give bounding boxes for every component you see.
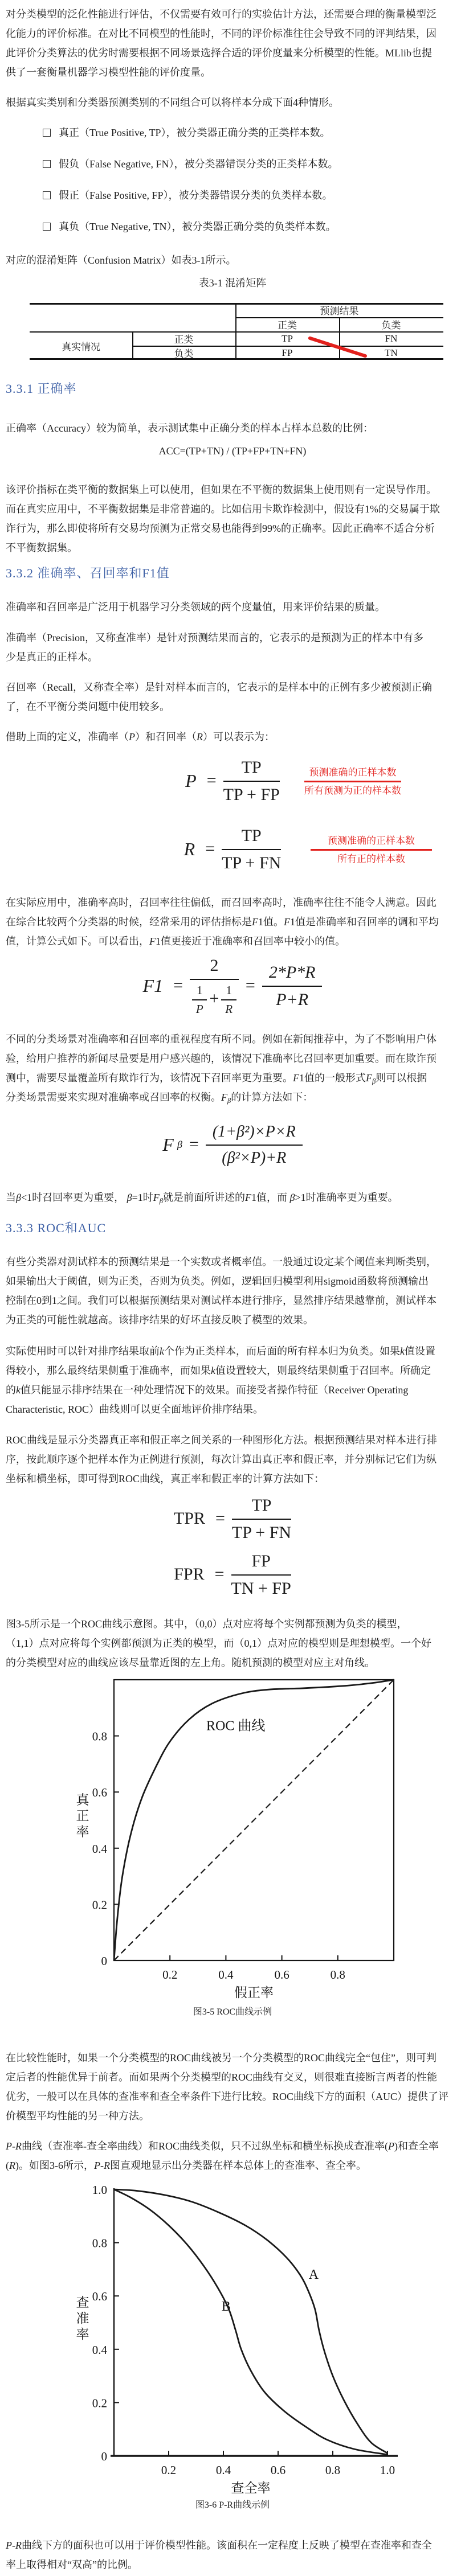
red-note-recall: 预测准确的正样本数 所有正的样本数 bbox=[311, 835, 432, 865]
figure-caption-pr: 图3-6 P-R曲线示例 bbox=[0, 2497, 465, 2511]
svg-text:0: 0 bbox=[101, 2450, 108, 2463]
svg-text:ROC 曲线: ROC 曲线 bbox=[206, 1718, 265, 1734]
svg-text:0: 0 bbox=[101, 1954, 108, 1968]
bullet-text: 真负（True Negative, TN），被分类器正确分类的负类样本数。 bbox=[59, 221, 336, 232]
bullet-text: 真正（True Positive, TP），被分类器正确分类的正类样本数。 bbox=[59, 127, 331, 138]
svg-text:0.2: 0.2 bbox=[162, 1968, 177, 1982]
table-col-negative: 负类 bbox=[339, 317, 443, 331]
cell-fn: FN bbox=[339, 331, 443, 346]
svg-text:0.6: 0.6 bbox=[271, 2463, 285, 2477]
svg-text:0.2: 0.2 bbox=[92, 2396, 107, 2410]
section-heading-332: 3.3.2 准确率、召回率和F1值 bbox=[6, 564, 170, 581]
svg-text:假正率: 假正率 bbox=[234, 1986, 274, 2000]
paragraph-roc-def: ROC曲线是显示分类器真正率和假正率之间关系的一种图形化方法。根据预测结果对样本… bbox=[6, 1430, 462, 1488]
svg-text:查全率: 查全率 bbox=[231, 2481, 271, 2495]
formula-lhs: P bbox=[185, 770, 197, 791]
svg-text:0.4: 0.4 bbox=[92, 2343, 108, 2357]
svg-text:0.6: 0.6 bbox=[92, 2290, 107, 2303]
paragraph-confusion-matrix: 对应的混淆矩阵（Confusion Matrix）如表3-1所示。 bbox=[6, 251, 462, 270]
confusion-matrix-table: 预测结果 正类 负类 真实情况 正类 TP FN 负类 FP TN bbox=[30, 303, 443, 360]
svg-text:0.6: 0.6 bbox=[92, 1786, 107, 1799]
pr-curve-figure: 0.20.40.60.81.01.00.80.60.40.20查全率查准率AB bbox=[51, 2178, 416, 2514]
table-row-header: 真实情况 bbox=[30, 331, 132, 360]
paragraph-pr-formula-intro: 借助上面的定义，准确率（P）和召回率（R）可以表示为： bbox=[6, 727, 462, 746]
document-page: 对分类模型的泛化性能进行评估，不仅需要有效可行的实验估计方法，还需要合理的衡量模… bbox=[0, 0, 465, 2576]
svg-text:准: 准 bbox=[76, 2311, 89, 2325]
section-heading-331: 3.3.1 正确率 bbox=[6, 379, 77, 397]
section-heading-333: 3.3.3 ROC和AUC bbox=[6, 1219, 106, 1236]
svg-text:正: 正 bbox=[76, 1809, 89, 1823]
formula-fpr: FPR = FPTN + FP bbox=[0, 1549, 465, 1600]
paragraph-precision-def: 准确率（Precision，又称查准率）是针对预测结果而言的，它表示的是预测为正… bbox=[6, 628, 462, 667]
svg-text:0.2: 0.2 bbox=[161, 2463, 176, 2477]
svg-text:0.8: 0.8 bbox=[325, 2463, 340, 2477]
svg-text:率: 率 bbox=[76, 2327, 89, 2341]
svg-text:B: B bbox=[222, 2299, 231, 2314]
formula-f1: F1 = 21P+1R = 2*P*RP+R bbox=[0, 954, 465, 1018]
svg-text:0.8: 0.8 bbox=[331, 1968, 345, 1982]
bullet-text: 假正（False Positive, FP），被分类器错误分类的负类样本数。 bbox=[59, 190, 333, 201]
paragraph-pr-area: P-R曲线下方的面积也可以用于评价模型性能。该面积在一定程度上反映了模型在查准率… bbox=[6, 2536, 462, 2574]
svg-text:0.4: 0.4 bbox=[216, 2463, 231, 2477]
paragraph-recall-def: 召回率（Recall，又称查全率）是针对样本而言的，它表示的是样本中的正例有多少… bbox=[6, 678, 462, 716]
svg-text:真: 真 bbox=[76, 1793, 90, 1807]
paragraph-scenario: 不同的分类场景对准确率和召回率的重视程度有所不同。例如在新闻推荐中，为了不影响用… bbox=[6, 1029, 462, 1107]
table-col-positive: 正类 bbox=[235, 317, 339, 331]
paragraph-imbalance: 该评价指标在类平衡的数据集上可以使用，但如果在不平衡的数据集上使用则有一定误导作… bbox=[6, 480, 462, 557]
formula-acc: ACC=(TP+TN) / (TP+FP+TN+FN) bbox=[0, 445, 465, 457]
list-item-tp: 真正（True Positive, TP），被分类器正确分类的正类样本数。 bbox=[43, 126, 331, 140]
figure-caption-roc: 图3-5 ROC曲线示例 bbox=[0, 2004, 465, 2017]
paragraph-four-cases: 根据真实类别和分类器预测类别的不同组合可以将样本分成下面4种情形。 bbox=[6, 93, 462, 112]
paragraph-accuracy: 正确率（Accuracy）较为简单，表示测试集中正确分类的样本占样本总数的比例： bbox=[6, 419, 462, 438]
paragraph-pr-intro: 准确率和召回率是广泛用于机器学习分类领域的两个度量值，用来评价结果的质量。 bbox=[6, 597, 462, 617]
svg-text:查: 查 bbox=[76, 2295, 89, 2310]
svg-text:1.0: 1.0 bbox=[92, 2183, 107, 2197]
paragraph-topk: 实际使用时可以针对排序结果取前k个作为正类样本，而后面的所有样本归为负类。如果k… bbox=[6, 1342, 462, 1419]
paragraph-pr-curve: P-R曲线（查准率-查全率曲线）和ROC曲线类似，只不过纵坐标和横坐标换成查准率… bbox=[6, 2136, 462, 2175]
svg-text:率: 率 bbox=[76, 1825, 89, 1839]
list-item-fn: 假负（False Negative, FN），被分类器错误分类的正类样本数。 bbox=[43, 157, 338, 171]
paragraph-roc-compare: 在比较性能时，如果一个分类模型的ROC曲线被另一个分类模型的ROC曲线完全“包住… bbox=[6, 2048, 462, 2126]
formula-lhs: R bbox=[184, 839, 195, 860]
svg-text:0.4: 0.4 bbox=[92, 1842, 108, 1856]
roc-curve-figure: 0.20.40.60.80.80.60.40.20假正率真正率ROC 曲线 bbox=[51, 1668, 416, 2004]
formula-fbeta: Fβ = (1+β²)×P×R(β²×P)+R bbox=[0, 1117, 465, 1172]
svg-text:0.8: 0.8 bbox=[92, 2237, 107, 2250]
svg-text:0.2: 0.2 bbox=[92, 1898, 107, 1912]
table-caption: 表3-1 混淆矩阵 bbox=[0, 275, 465, 290]
paragraph-f1-intro: 在实际应用中，准确率高时，召回率往往偏低，而召回率高时，准确率往往不能令人满意。… bbox=[6, 893, 462, 951]
paragraph-threshold: 有些分类器对测试样本的预测结果是一个实数或者概率值。一般通过设定某个阈值来判断类… bbox=[6, 1252, 462, 1330]
red-note-precision: 预测准确的正样本数 所有预测为正的样本数 bbox=[304, 766, 401, 797]
svg-text:0.8: 0.8 bbox=[92, 1730, 107, 1744]
square-bullet-icon bbox=[43, 191, 51, 199]
formula-tpr: TPR = TPTP + FN bbox=[0, 1493, 465, 1544]
svg-text:0.4: 0.4 bbox=[218, 1968, 234, 1982]
paragraph-intro: 对分类模型的泛化性能进行评估，不仅需要有效可行的实验估计方法，还需要合理的衡量模… bbox=[6, 5, 462, 82]
cell-fp: FP bbox=[235, 346, 339, 360]
list-item-fp: 假正（False Positive, FP），被分类器错误分类的负类样本数。 bbox=[43, 188, 333, 202]
square-bullet-icon bbox=[43, 160, 51, 168]
square-bullet-icon bbox=[43, 223, 51, 231]
svg-text:0.6: 0.6 bbox=[274, 1968, 289, 1982]
table-header-pred: 预测结果 bbox=[235, 303, 443, 317]
bullet-text: 假负（False Negative, FN），被分类器错误分类的正类样本数。 bbox=[59, 158, 338, 170]
paragraph-roc-points: 图3-5所示是一个ROC曲线示意图。其中，（0,0）点对应将每个实例都预测为负类… bbox=[6, 1614, 462, 1672]
paragraph-beta: 当β<1时召回率更为重要， β=1时Fβ就是前面所讲述的F1值，而 β>1时准确… bbox=[6, 1188, 462, 1207]
square-bullet-icon bbox=[43, 129, 51, 137]
svg-text:1.0: 1.0 bbox=[380, 2463, 395, 2477]
table-row-positive: 正类 bbox=[132, 331, 235, 346]
table-row-negative: 负类 bbox=[132, 346, 235, 360]
svg-text:A: A bbox=[309, 2267, 319, 2282]
list-item-tn: 真负（True Negative, TN），被分类器正确分类的负类样本数。 bbox=[43, 220, 336, 233]
